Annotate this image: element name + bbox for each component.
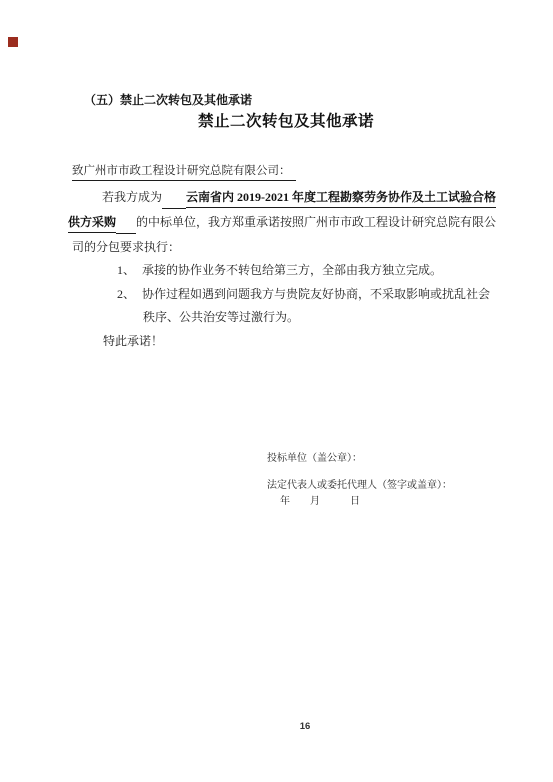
date-line: 年 月 日 [280,496,360,509]
list-item-2-continuation: 秩序、公共治安等过激行为。 [143,310,299,325]
bidder-unit-line: 投标单位（盖公章）： [267,453,362,466]
legal-representative-line: 法定代表人或委托代理人（签字或盖章）： [267,480,452,493]
salutation-text: 致广州市市政工程设计研究总院有限公司： [72,165,296,181]
red-square-marker [8,37,18,47]
p1-prefix-text: 若我方成为 [102,190,162,204]
section-heading: （五）禁止二次转包及其他承诺 [84,93,252,108]
salutation-line: 致广州市市政工程设计研究总院有限公司： [72,164,296,178]
paragraph-line-1: 若我方成为 云南省内 2019-2021 年度工程勘察劳务协作及土工试验合格 [102,190,496,209]
list-item-1-number: 1、 [117,263,142,278]
list-item-2: 2、协作过程如遇到问题我方与贵院友好协商，不采取影响或扰乱社会 [117,287,490,302]
document-page: （五）禁止二次转包及其他承诺 禁止二次转包及其他承诺 致广州市市政工程设计研究总… [0,0,553,782]
document-title: 禁止二次转包及其他承诺 [76,112,496,131]
p2-suffix-text: 的中标单位，我方郑重承诺按照广州市市政工程设计研究总院有限公 [136,215,496,229]
paragraph-line-2: 供方采购 的中标单位，我方郑重承诺按照广州市市政工程设计研究总院有限公 [68,215,496,234]
page-number: 16 [288,721,322,733]
underline-blank [162,190,186,209]
list-item-1-text: 承接的协作业务不转包给第三方，全部由我方独立完成。 [142,263,442,277]
list-item-2-number: 2、 [117,287,142,302]
underline-blank [116,215,136,234]
closing-statement: 特此承诺！ [103,334,163,349]
list-item-1: 1、承接的协作业务不转包给第三方，全部由我方独立完成。 [117,263,442,278]
list-item-2-text: 协作过程如遇到问题我方与贵院友好协商，不采取影响或扰乱社会 [142,287,490,301]
paragraph-line-3: 司的分包要求执行： [72,240,180,255]
project-name-part1: 云南省内 2019-2021 年度工程勘察劳务协作及土工试验合格 [186,190,496,208]
project-name-part2: 供方采购 [68,215,116,233]
